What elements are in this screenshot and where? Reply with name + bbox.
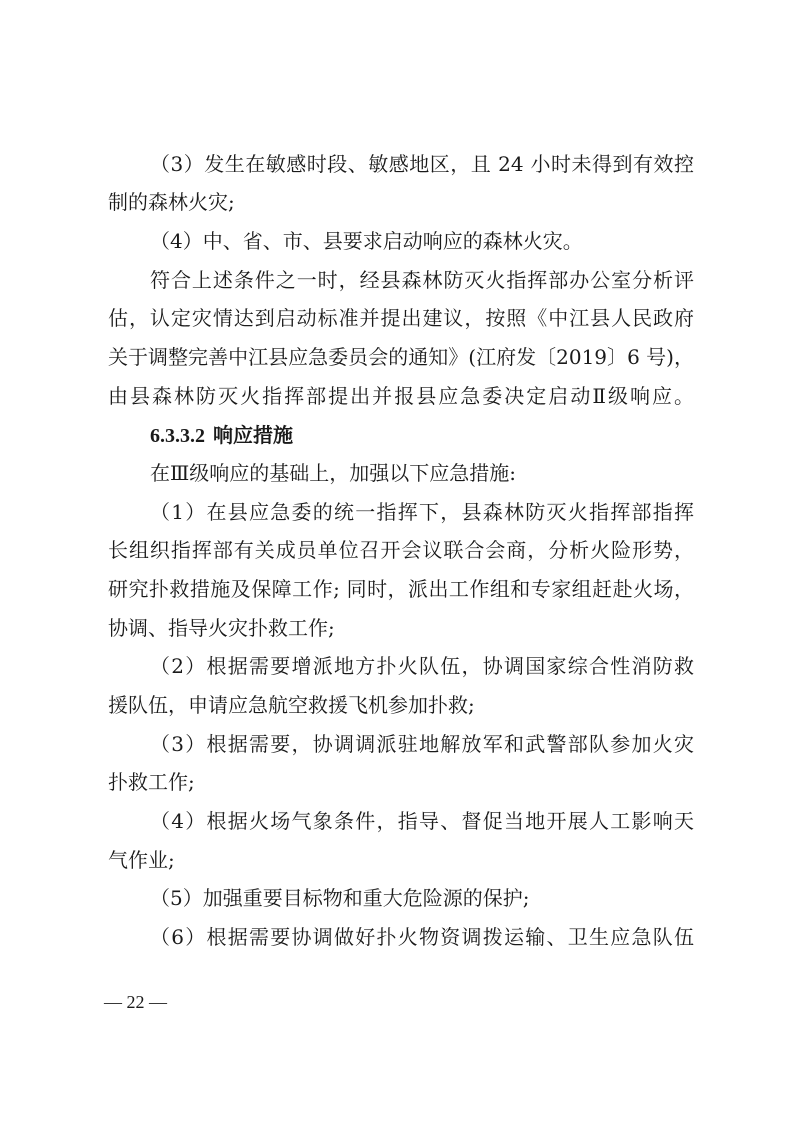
measure-line: （6）根据需要协调做好扑火物资调拨运输、卫生应急队伍 (150, 925, 694, 949)
measure-line: （3）根据需要，协调调派驻地解放军和武警部队参加火灾 (150, 732, 694, 756)
measure-line: 扑救工作; (108, 770, 694, 794)
measure-line: 长组织指挥部有关成员单位召开会议联合会商，分析火险形势， (108, 538, 694, 562)
section-title: 响应措施 (213, 423, 293, 447)
paragraph-line: （3）发生在敏感时段、敏感地区，且 24 小时未得到有效控 (150, 152, 694, 176)
paragraph-line: 估，认定灾情达到启动标准并提出建议，按照《中江县人民政府 (108, 306, 694, 330)
paragraph-line: （4）中、省、市、县要求启动响应的森林火灾。 (150, 229, 694, 253)
measure-line: 气作业; (108, 848, 694, 872)
measures-intro: 在Ⅲ级响应的基础上，加强以下应急措施: (150, 461, 694, 485)
measure-line: 协调、指导火灾扑救工作; (108, 616, 694, 640)
paragraph-line: 关于调整完善中江县应急委员会的通知》(江府发〔2019〕6 号)， (108, 345, 694, 369)
measure-line: 研究扑救措施及保障工作; 同时，派出工作组和专家组赶赴火场， (108, 577, 694, 601)
document-page: （3）发生在敏感时段、敏感地区，且 24 小时未得到有效控 制的森林火灾; （4… (0, 0, 793, 1122)
section-number: 6.3.3.2 (150, 425, 205, 447)
measure-line: （4）根据火场气象条件，指导、督促当地开展人工影响天 (150, 809, 694, 833)
measure-line: （1）在县应急委的统一指挥下，县森林防灭火指挥部指挥 (150, 500, 694, 524)
paragraph-line: 制的森林火灾; (108, 190, 694, 214)
measure-line: （2）根据需要增派地方扑火队伍，协调国家综合性消防救 (150, 654, 694, 678)
page-number: — 22 — (104, 990, 167, 1014)
paragraph-line: 符合上述条件之一时，经县森林防灭火指挥部办公室分析评 (150, 268, 694, 292)
measure-line: 援队伍，申请应急航空救援飞机参加扑救; (108, 693, 694, 717)
section-heading: 6.3.3.2响应措施 (150, 423, 293, 448)
paragraph-line: 由县森林防灭火指挥部提出并报县应急委决定启动Ⅱ级响应。 (108, 384, 694, 408)
measure-line: （5）加强重要目标物和重大危险源的保护; (150, 886, 694, 910)
